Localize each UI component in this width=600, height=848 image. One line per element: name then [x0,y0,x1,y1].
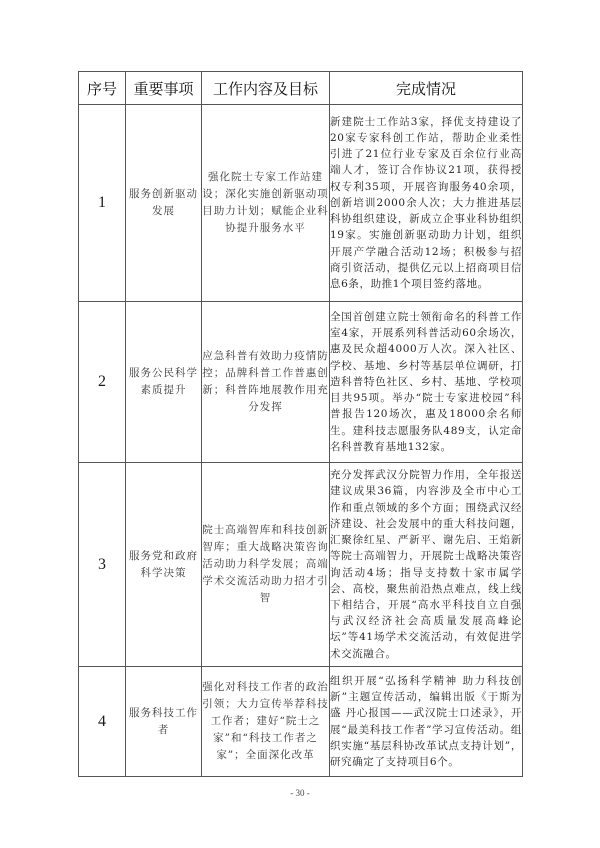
key-item-cell: 服务公民科学素质提升 [126,302,202,463]
table-row: 3 服务党和政府科学决策 院士高端智库和科技创新智库；重大战略决策咨询活动助力科… [79,463,523,667]
row-number: 2 [79,302,126,463]
result-cell: 组织开展“弘扬科学精神 助力科技创新”主题宣传活动，编辑出版《于斯为盛 丹心报国… [330,667,523,777]
goal-cell: 院士高端智库和科技创新智库；重大战略决策咨询活动助力科学发展；高端学术交流活动助… [202,463,330,667]
table-header-row: 序号 重要事项 工作内容及目标 完成情况 [79,72,523,105]
table-row: 1 服务创新驱动发展 强化院士专家工作站建设；深化实施创新驱动项目助力计划；赋能… [79,105,523,302]
header-serial-number: 序号 [79,72,126,105]
row-number: 4 [79,667,126,777]
goal-cell: 应急科普有效助力疫情防控；品牌科普工作普惠创新；科普阵地展教作用充分发挥 [202,302,330,463]
table-row: 2 服务公民科学素质提升 应急科普有效助力疫情防控；品牌科普工作普惠创新；科普阵… [79,302,523,463]
result-cell: 充分发挥武汉分院智力作用，全年报送建议成果36篇，内容涉及全市中心工作和重点领域… [330,463,523,667]
result-cell: 全国首创建立院士领衔命名的科普工作室4家，开展系列科普活动60余场次，惠及民众超… [330,302,523,463]
header-key-item: 重要事项 [126,72,202,105]
header-work-content-goal: 工作内容及目标 [202,72,330,105]
goal-cell: 强化对科技工作者的政治引领；大力宣传举荐科技工作者；建好“院士之家”和“科技工作… [202,667,330,777]
header-completion-status: 完成情况 [330,72,523,105]
row-number: 3 [79,463,126,667]
page-number: - 30 - [0,788,600,798]
key-item-cell: 服务创新驱动发展 [126,105,202,302]
row-number: 1 [79,105,126,302]
result-cell: 新建院士工作站3家，择优支持建设了20家专家科创工作站，帮助企业柔性引进了21位… [330,105,523,302]
table-row: 4 服务科技工作者 强化对科技工作者的政治引领；大力宣传举荐科技工作者；建好“院… [79,667,523,777]
goal-cell: 强化院士专家工作站建设；深化实施创新驱动项目助力计划；赋能企业科协提升服务水平 [202,105,330,302]
key-item-cell: 服务党和政府科学决策 [126,463,202,667]
work-summary-table: 序号 重要事项 工作内容及目标 完成情况 1 服务创新驱动发展 强化院士专家工作… [78,71,523,777]
key-item-cell: 服务科技工作者 [126,667,202,777]
